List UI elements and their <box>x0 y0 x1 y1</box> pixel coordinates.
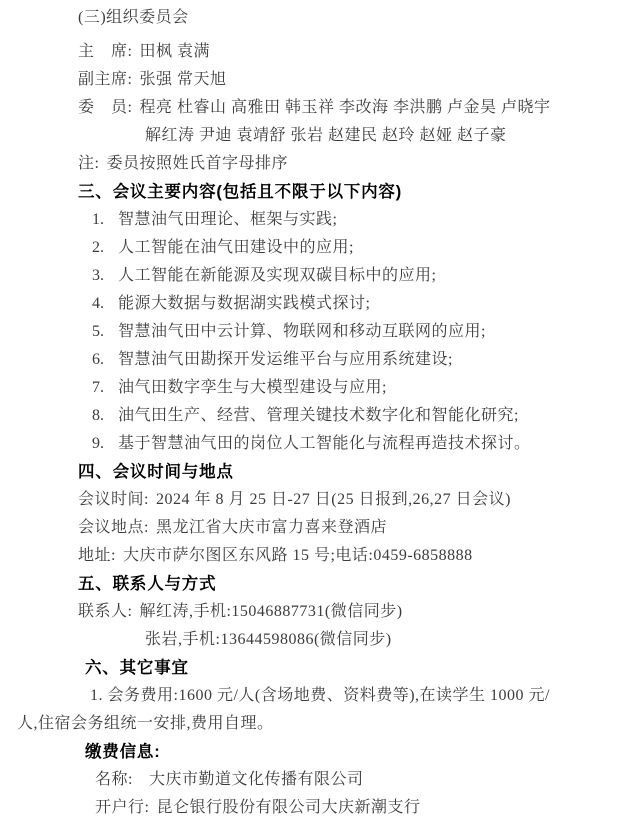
members-names-1: 程亮 杜睿山 高雅田 韩玉祥 李改海 李洪鹏 卢金昊 卢晓宇 <box>139 99 550 116</box>
meeting-time-label: 会议时间: <box>78 491 149 508</box>
agenda-item: 5.智慧油气田中云计算、物联网和移动互联网的应用; <box>92 318 624 346</box>
contact-label: 联系人: <box>78 603 132 620</box>
account-name-value: 大庆市勤道文化传播有限公司 <box>149 771 364 788</box>
contact-line-1: 联系人:解红涛,手机:15046887731(微信同步) <box>78 598 624 626</box>
vice-chair-names: 张强 常天旭 <box>139 71 226 88</box>
agenda-item-number: 2. <box>92 234 118 262</box>
note-text: 委员按照姓氏首字母排序 <box>106 155 288 172</box>
members-label: 委 员: <box>78 99 132 116</box>
bank-label: 开户行: <box>95 799 149 816</box>
committee-heading: (三)组织委员会 <box>78 4 624 32</box>
payment-heading: 缴费信息: <box>85 738 624 766</box>
agenda-item: 1.智慧油气田理论、框架与实践; <box>92 206 624 234</box>
agenda-item-text: 人工智能在新能源及实现双碳目标中的应用; <box>118 267 436 284</box>
agenda-item-number: 4. <box>92 290 118 318</box>
committee-note: 注:委员按照姓氏首字母排序 <box>78 150 624 178</box>
agenda-item-text: 智慧油气田勘探开发运维平台与应用系统建设; <box>118 351 453 368</box>
agenda-item: 8.油气田生产、经营、管理关键技术数字化和智能化研究; <box>92 402 624 430</box>
address-value: 大庆市萨尔图区东风路 15 号;电话:0459-6858888 <box>123 547 473 564</box>
agenda-item-text: 人工智能在油气田建设中的应用; <box>118 239 354 256</box>
meeting-time-value: 2024 年 8 月 25 日-27 日(25 日报到,26,27 日会议) <box>156 491 511 508</box>
agenda-item-text: 基于智慧油气田的岗位人工智能化与流程再造技术探讨。 <box>118 435 531 452</box>
agenda-item-number: 6. <box>92 346 118 374</box>
misc-heading: 六、其它事宜 <box>85 654 624 682</box>
agenda-item: 2.人工智能在油气田建设中的应用; <box>92 234 624 262</box>
agenda-item-text: 能源大数据与数据湖实践模式探讨; <box>118 295 370 312</box>
contacts-heading: 五、联系人与方式 <box>78 570 624 598</box>
vice-chair-line: 副主席:张强 常天旭 <box>78 66 624 94</box>
contact-value-1: 解红涛,手机:15046887731(微信同步) <box>139 603 402 620</box>
agenda-item-text: 智慧油气田理论、框架与实践; <box>118 211 337 228</box>
agenda-item-text: 油气田生产、经营、管理关键技术数字化和智能化研究; <box>118 407 519 424</box>
chair-names: 田枫 袁满 <box>139 43 210 60</box>
agenda-item-number: 1. <box>92 206 118 234</box>
agenda-item-number: 3. <box>92 262 118 290</box>
agenda-item: 6.智慧油气田勘探开发运维平台与应用系统建设; <box>92 346 624 374</box>
agenda-item-text: 智慧油气田中云计算、物联网和移动互联网的应用; <box>118 323 486 340</box>
chair-label: 主 席: <box>78 43 132 60</box>
agenda-item-number: 8. <box>92 402 118 430</box>
meeting-time-line: 会议时间:2024 年 8 月 25 日-27 日(25 日报到,26,27 日… <box>78 486 624 514</box>
account-name-label: 名称: <box>95 771 133 788</box>
vice-chair-label: 副主席: <box>78 71 132 88</box>
meeting-place-line: 会议地点:黑龙江省大庆市富力喜来登酒店 <box>78 514 624 542</box>
account-name-line: 名称:大庆市勤道文化传播有限公司 <box>95 766 624 794</box>
fee-line-2: 人,住宿会务组统一安排,费用自理。 <box>17 710 624 738</box>
fee-line-1: 1. 会务费用:1600 元/人(含场地费、资料费等),在读学生 1000 元/ <box>90 682 624 710</box>
agenda-item-number: 7. <box>92 374 118 402</box>
chair-line: 主 席:田枫 袁满 <box>78 38 624 66</box>
agenda-item: 4.能源大数据与数据湖实践模式探讨; <box>92 290 624 318</box>
agenda-item-number: 9. <box>92 430 118 458</box>
meeting-place-value: 黑龙江省大庆市富力喜来登酒店 <box>156 519 387 536</box>
meeting-place-label: 会议地点: <box>78 519 149 536</box>
agenda-item: 7.油气田数字孪生与大模型建设与应用; <box>92 374 624 402</box>
agenda-item-number: 5. <box>92 318 118 346</box>
address-line: 地址:大庆市萨尔图区东风路 15 号;电话:0459-6858888 <box>78 542 624 570</box>
note-label: 注: <box>78 155 99 172</box>
address-label: 地址: <box>78 547 116 564</box>
members-line-1: 委 员:程亮 杜睿山 高雅田 韩玉祥 李改海 李洪鹏 卢金昊 卢晓宇 <box>78 94 624 122</box>
agenda-item: 9.基于智慧油气田的岗位人工智能化与流程再造技术探讨。 <box>92 430 624 458</box>
bank-value: 昆仑银行股份有限公司大庆新潮支行 <box>156 799 420 816</box>
agenda-item-text: 油气田数字孪生与大模型建设与应用; <box>118 379 387 396</box>
bank-line: 开户行:昆仑银行股份有限公司大庆新潮支行 <box>95 794 624 821</box>
contact-line-2: 张岩,手机:13644598086(微信同步) <box>145 626 624 654</box>
agenda-heading: 三、会议主要内容(包括且不限于以下内容) <box>78 178 624 206</box>
document-page: (三)组织委员会 主 席:田枫 袁满 副主席:张强 常天旭 委 员:程亮 杜睿山… <box>0 0 624 821</box>
agenda-item: 3.人工智能在新能源及实现双碳目标中的应用; <box>92 262 624 290</box>
venue-heading: 四、会议时间与地点 <box>78 458 624 486</box>
members-line-2: 解红涛 尹迪 袁靖舒 张岩 赵建民 赵玲 赵娅 赵子豪 <box>145 122 624 150</box>
